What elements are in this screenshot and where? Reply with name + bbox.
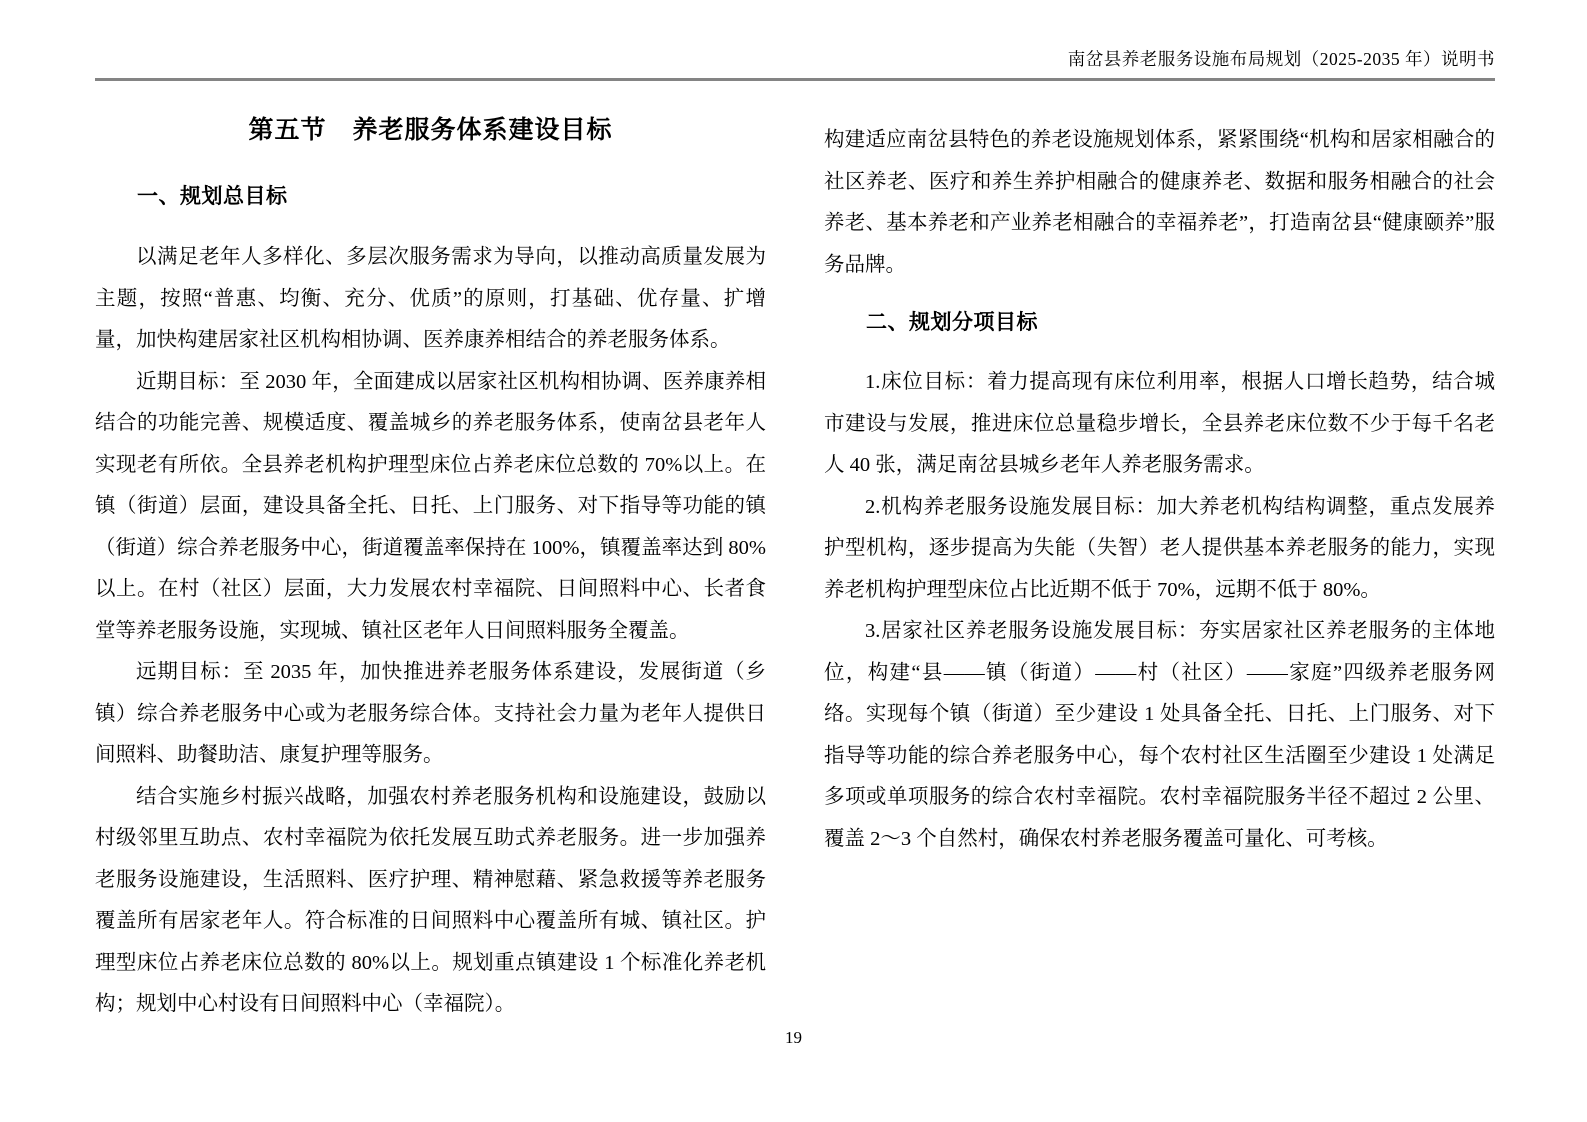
running-header-title: 南岔县养老服务设施布局规划（2025-2035 年）说明书 (95, 46, 1495, 71)
para-community-goal: 3.居家社区养老服务设施发展目标：夯实居家社区养老服务的主体地位，构建“县——镇… (824, 611, 1495, 860)
para-continuation: 构建适应南岔县特色的养老设施规划体系，紧紧围绕“机构和居家相融合的社区养老、医疗… (824, 120, 1495, 286)
page-number: 19 (0, 1028, 1587, 1048)
section-title: 第五节 养老服务体系建设目标 (95, 110, 766, 150)
para-bed-goal: 1.床位目标：着力提高现有床位利用率，根据人口增长趋势，结合城市建设与发展，推进… (824, 362, 1495, 487)
header-divider-rule (95, 78, 1495, 81)
heading-sub-goals: 二、规划分项目标 (824, 308, 1495, 338)
right-column: 构建适应南岔县特色的养老设施规划体系，紧紧围绕“机构和居家相融合的社区养老、医疗… (824, 106, 1495, 1026)
left-column: 第五节 养老服务体系建设目标 一、规划总目标 以满足老年人多样化、多层次服务需求… (95, 106, 766, 1026)
para-institution-goal: 2.机构养老服务设施发展目标：加大养老机构结构调整，重点发展养护型机构，逐步提高… (824, 487, 1495, 612)
document-page: 南岔县养老服务设施布局规划（2025-2035 年）说明书 第五节 养老服务体系… (0, 0, 1587, 1122)
para-overall-intro: 以满足老年人多样化、多层次服务需求为导向，以推动高质量发展为主题，按照“普惠、均… (95, 237, 766, 362)
para-long-term-goal: 远期目标：至 2035 年，加快推进养老服务体系建设，发展街道（乡镇）综合养老服… (95, 652, 766, 777)
two-column-body: 第五节 养老服务体系建设目标 一、规划总目标 以满足老年人多样化、多层次服务需求… (95, 106, 1495, 1026)
para-near-term-goal: 近期目标：至 2030 年，全面建成以居家社区机构相协调、医养康养相结合的功能完… (95, 362, 766, 653)
heading-overall-goals: 一、规划总目标 (95, 182, 766, 212)
para-rural-revitalization: 结合实施乡村振兴战略，加强农村养老服务机构和设施建设，鼓励以村级邻里互助点、农村… (95, 777, 766, 1026)
